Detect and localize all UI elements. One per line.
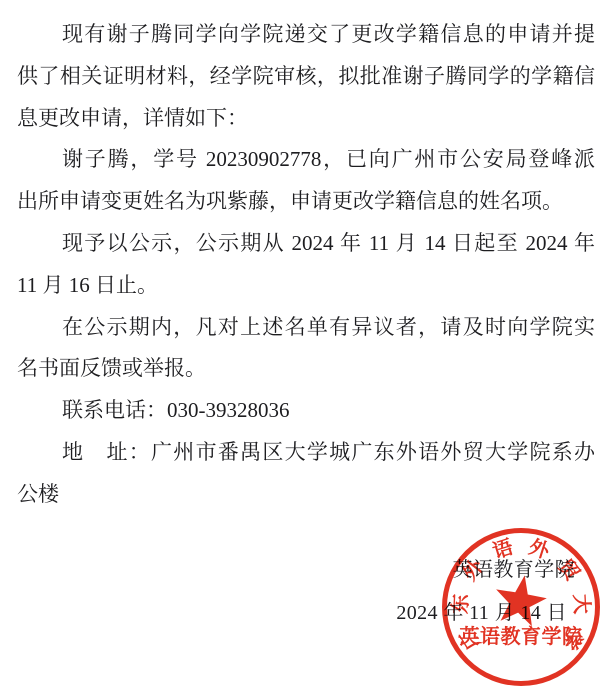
signature-date: 2024 年 11 月 14 日 [396, 592, 567, 634]
body-text-line: 出所申请变更姓名为巩紫藤，申请更改学籍信息的姓名项。 [17, 181, 595, 223]
signature-college: 英语教育学院 [453, 549, 575, 591]
body-text-line: 现有谢子腾同学向学院递交了更改学籍信息的申请并提 [17, 14, 595, 56]
body-text-line: 谢子腾，学号 20230902778，已向广州市公安局登峰派 [17, 139, 595, 181]
body-text-line: 供了相关证明材料，经学院审核，拟批准谢子腾同学的学籍信 [17, 56, 595, 98]
body-text-line: 联系电话：030-39328036 [17, 390, 595, 432]
notice-document: 现有谢子腾同学向学院递交了更改学籍信息的申请并提供了相关证明材料，经学院审核，拟… [0, 0, 615, 698]
body-text-line: 地 址：广州市番禺区大学城广东外语外贸大学院系办 [17, 432, 595, 474]
body-text-line: 现予以公示，公示期从 2024 年 11 月 14 日起至 2024 年 [17, 223, 595, 265]
body-text-line: 息更改申请，详情如下： [17, 98, 595, 140]
seal-arc-char: 大 [568, 591, 593, 616]
body-text-line: 在公示期内，凡对上述名单有异议者，请及时向学院实 [17, 307, 595, 349]
body-text-line: 11 月 16 日止。 [17, 265, 595, 307]
body-text-line: 公楼 [17, 474, 595, 516]
notice-body: 现有谢子腾同学向学院递交了更改学籍信息的申请并提供了相关证明材料，经学院审核，拟… [17, 14, 595, 516]
body-text-line: 名书面反馈或举报。 [17, 348, 595, 390]
